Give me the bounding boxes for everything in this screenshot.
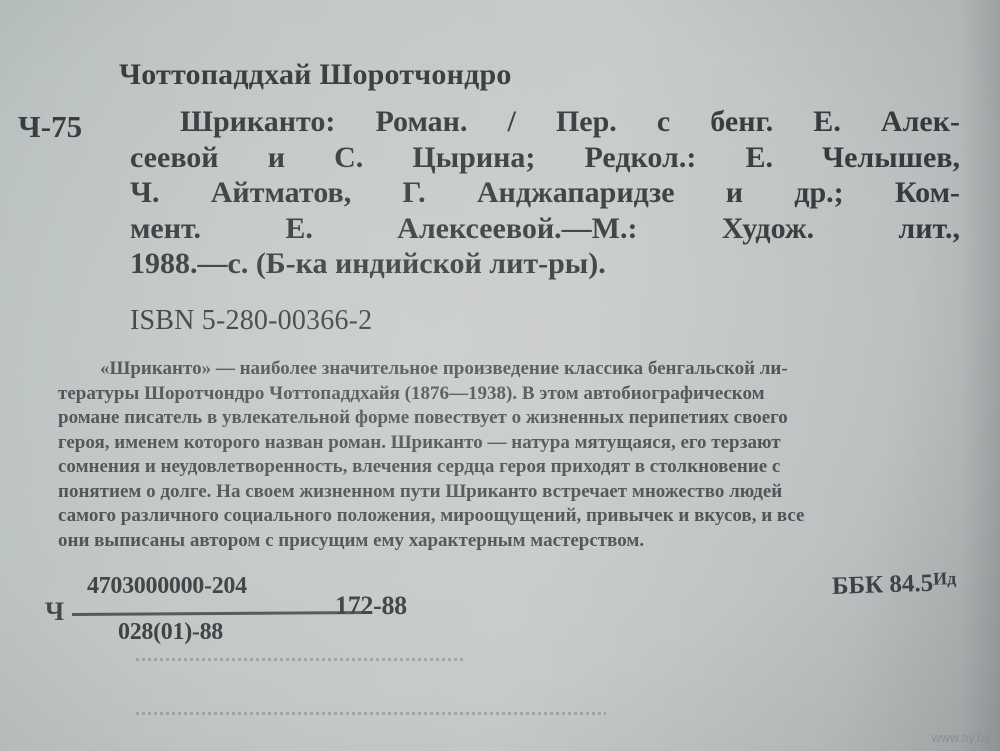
bbk-classification: ББК 84.5Ид bbox=[832, 568, 957, 601]
annotation-line: сомнения и неудовлетворенность, влечения… bbox=[58, 455, 1000, 480]
annotation-line: «Шриканто» — наиболее значительное произ… bbox=[58, 357, 1000, 382]
description-line: мент. Е. Алексеевой.—М.: Худож. лит., bbox=[130, 211, 960, 247]
bbk-label: ББК bbox=[832, 571, 884, 600]
annotation-line: героя, именем которого назван роман. Шри… bbox=[58, 431, 1000, 456]
description-line: Шриканто: Роман. / Пер. с бенг. Е. Алек- bbox=[130, 104, 960, 140]
annotation-line: тературы Шоротчондро Чоттопаддхайя (1876… bbox=[58, 382, 1000, 407]
show-through-dots bbox=[136, 658, 466, 661]
show-through-dots bbox=[136, 712, 606, 715]
bbk-superscript: Ид bbox=[933, 568, 957, 589]
fraction-bar bbox=[72, 611, 372, 616]
publication-code-fraction: Ч 4703000000-204 172-88 028(01)-88 bbox=[45, 573, 445, 653]
annotation-line: самого различного социального положения,… bbox=[58, 504, 1000, 529]
bibliographic-description: Шриканто: Роман. / Пер. с бенг. Е. Алек-… bbox=[130, 104, 960, 282]
annotation-line: романе писатель в увлекательной форме по… bbox=[58, 406, 1000, 431]
watermark: www.ay.by bbox=[932, 730, 990, 745]
call-number: Ч-75 bbox=[18, 109, 82, 145]
description-line: сеевой и С. Цырина; Редкол.: Е. Челышев, bbox=[130, 140, 960, 176]
code-prefix: Ч bbox=[45, 597, 64, 627]
isbn: ISBN 5-280-00366-2 bbox=[130, 305, 372, 337]
bbk-code: 84.5 bbox=[889, 570, 934, 598]
annotation-line: понятием о долге. На своем жизненном пут… bbox=[58, 480, 1000, 505]
annotation-line: они выписаны автором с присущим ему хара… bbox=[58, 529, 1000, 554]
page-edge-shadow bbox=[960, 0, 1000, 751]
book-imprint-page: Чоттопаддхай Шоротчондро Ч-75 Шриканто: … bbox=[0, 0, 1000, 751]
code-suffix: 172-88 bbox=[335, 591, 407, 621]
description-line: 1988.—с. (Б-ка индийской лит-ры). bbox=[130, 246, 960, 282]
annotation-paragraph: «Шриканто» — наиболее значительное произ… bbox=[58, 357, 1000, 553]
description-line: Ч. Айтматов, Г. Анджапаридзе и др.; Ком- bbox=[130, 175, 960, 211]
code-numerator: 4703000000-204 bbox=[87, 573, 247, 600]
author-heading: Чоттопаддхай Шоротчондро bbox=[119, 58, 512, 92]
code-denominator: 028(01)-88 bbox=[118, 619, 223, 646]
